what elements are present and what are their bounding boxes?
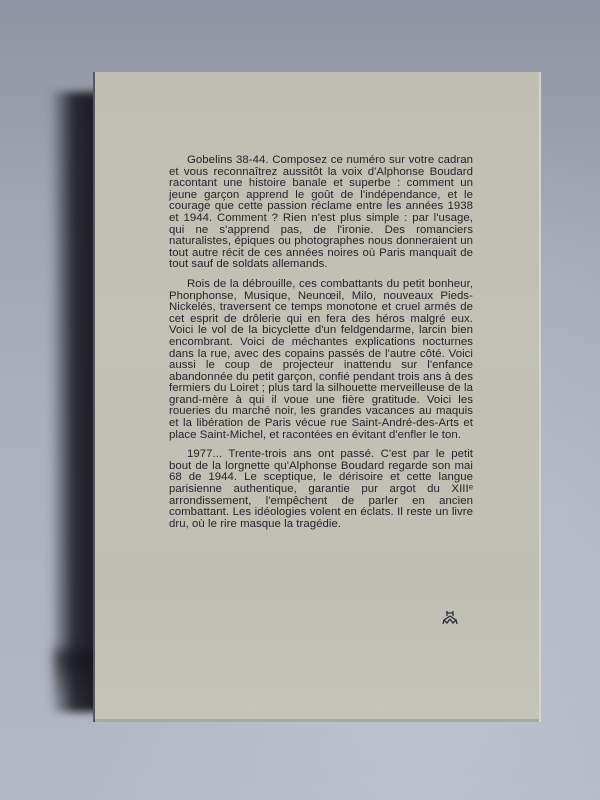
publisher-mark-icon (441, 609, 459, 627)
blurb-paragraph-3: 1977... Trente-trois ans ont passé. C'es… (169, 449, 473, 530)
book-back-cover: Gobelins 38-44. Composez ce numéro sur v… (93, 72, 541, 722)
blurb-paragraph-1: Gobelins 38-44. Composez ce numéro sur v… (169, 155, 473, 271)
blurb-text: Gobelins 38-44. Composez ce numéro sur v… (169, 155, 473, 538)
blurb-paragraph-2: Rois de la débrouille, ces combattants d… (169, 279, 473, 441)
